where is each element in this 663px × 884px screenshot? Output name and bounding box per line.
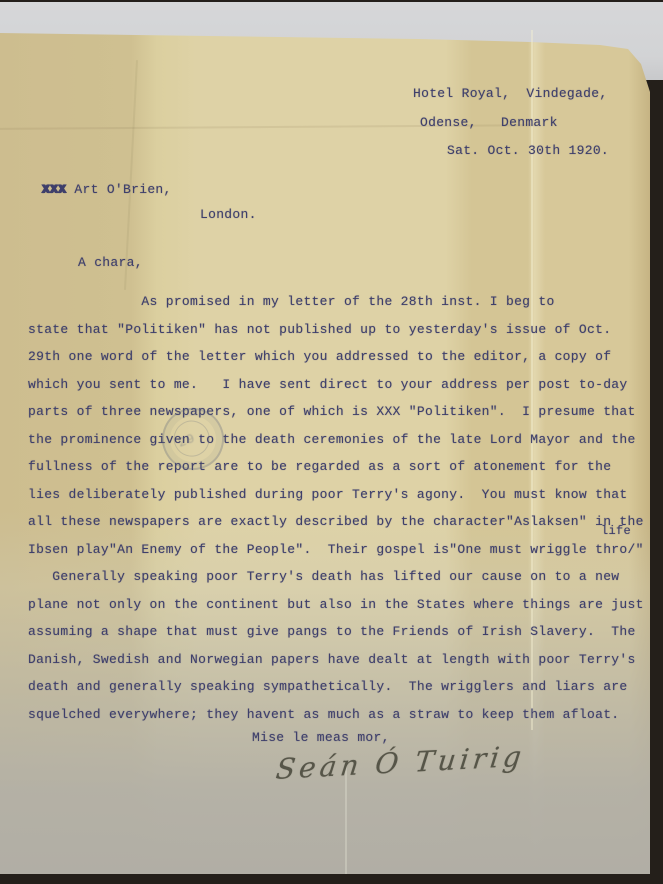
letterhead-date: Sat. Oct. 30th 1920. bbox=[447, 143, 609, 158]
letter-body-line: parts of three newspapers, one of which … bbox=[28, 398, 648, 426]
letter-body-line: plane not only on the continent but also… bbox=[28, 591, 648, 619]
closing-line: Mise le meas mor, bbox=[252, 730, 390, 745]
letter-body-line: Danish, Swedish and Norwegian papers hav… bbox=[28, 646, 648, 674]
letter-body-line: state that "Politiken" has not published… bbox=[28, 316, 648, 344]
letter-body-line: death and generally speaking sympathetic… bbox=[28, 673, 648, 701]
typed-strikeout: XXX bbox=[42, 182, 66, 197]
letter-body-line: which you sent to me. I have sent direct… bbox=[28, 371, 648, 399]
letter-body-line: the prominence given to the death ceremo… bbox=[28, 426, 648, 454]
interlinear-insertion: life bbox=[601, 524, 631, 538]
recipient-name: Art O'Brien, bbox=[66, 182, 171, 197]
letter-body-line: As promised in my letter of the 28th ins… bbox=[28, 288, 648, 316]
letter-body-line: 29th one word of the letter which you ad… bbox=[28, 343, 648, 371]
scanned-letter-photo: Hotel Royal, Vindegade, Odense, Denmark … bbox=[0, 0, 663, 884]
letter-body: As promised in my letter of the 28th ins… bbox=[28, 288, 648, 728]
letterhead-address-line2: Odense, Denmark bbox=[420, 115, 558, 130]
letterhead-address-line1: Hotel Royal, Vindegade, bbox=[413, 86, 607, 101]
letter-body-line: Generally speaking poor Terry's death ha… bbox=[28, 563, 648, 591]
letter-body-line: assuming a shape that must give pangs to… bbox=[28, 618, 648, 646]
letter-body-line: squelched everywhere; they havent as muc… bbox=[28, 701, 648, 729]
recipient-line: XXX Art O'Brien, bbox=[42, 182, 172, 197]
salutation: A chara, bbox=[78, 255, 143, 270]
letter-body-line: lies deliberately published during poor … bbox=[28, 481, 648, 509]
recipient-city: London. bbox=[200, 207, 257, 222]
letter-body-line: all these newspapers are exactly describ… bbox=[28, 508, 648, 536]
letter-body-line: Ibsen play"An Enemy of the People". Thei… bbox=[28, 536, 648, 564]
letter-body-line: fullness of the report are to be regarde… bbox=[28, 453, 648, 481]
